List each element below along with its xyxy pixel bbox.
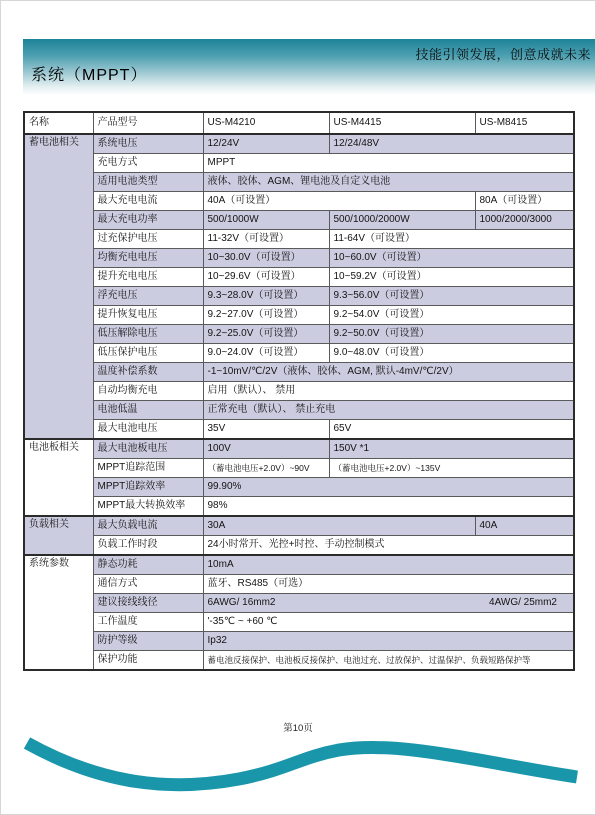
group-cell: 系统参数 [24, 555, 93, 670]
spec-row: 均衡充电电压10~30.0V（可设置）10~60.0V（可设置） [24, 249, 574, 268]
row-label-cell: 温度补偿系数 [93, 363, 203, 382]
row-label-cell: 最大电池电压 [93, 420, 203, 440]
value-cell: 9.0~48.0V（可设置） [329, 344, 574, 363]
spec-row: MPPT最大转换效率98% [24, 497, 574, 517]
value-cell: 1000/2000/3000 [475, 211, 574, 230]
spec-row: 提升恢复电压9.2~27.0V（可设置）9.2~54.0V（可设置） [24, 306, 574, 325]
header-cell: US-M4210 [203, 112, 329, 134]
spec-row: 低压保护电压9.0~24.0V（可设置）9.0~48.0V（可设置） [24, 344, 574, 363]
row-label-cell: 负载工作时段 [93, 536, 203, 556]
row-label-cell: 最大电池板电压 [93, 439, 203, 459]
spec-row: 防护等级Ip32 [24, 632, 574, 651]
value-cell: 10mA [203, 555, 574, 575]
spec-row: 最大电池电压35V65V [24, 420, 574, 440]
header-cell: US-M8415 [475, 112, 574, 134]
wave-graphic [1, 726, 596, 815]
row-label-cell: 保护功能 [93, 651, 203, 671]
wave-stroke [27, 743, 577, 785]
spec-row: 电池板相关最大电池板电压100V150V *1 [24, 439, 574, 459]
value-cell: 40A（可设置） [203, 192, 475, 211]
row-label-cell: 静态功耗 [93, 555, 203, 575]
spec-row: MPPT追踪范围（蓄电池电压+2.0V）~90V（蓄电池电压+2.0V）~135… [24, 459, 574, 478]
spec-row: 工作温度'-35℃ ~ +60 ℃ [24, 613, 574, 632]
spec-row: 负载工作时段24小时常开、光控+时控、手动控制模式 [24, 536, 574, 556]
value-cell: '-35℃ ~ +60 ℃ [203, 613, 574, 632]
value-cell: 24小时常开、光控+时控、手动控制模式 [203, 536, 574, 556]
value-text-right: 4AWG/ 25mm2 [489, 598, 557, 609]
value-cell: 9.2~50.0V（可设置） [329, 325, 574, 344]
value-cell: 启用（默认）、 禁用 [203, 382, 574, 401]
group-cell: 蓄电池相关 [24, 134, 93, 439]
value-cell: 10~30.0V（可设置） [203, 249, 329, 268]
spec-row: 温度补偿系数-1~10mV/℃/2V（液体、胶体、AGM, 默认-4mV/℃/2… [24, 363, 574, 382]
spec-row: 适用电池类型液体、胶体、AGM、锂电池及自定义电池 [24, 173, 574, 192]
spec-row: 浮充电压9.3~28.0V（可设置）9.3~56.0V（可设置） [24, 287, 574, 306]
row-label-cell: 建议接线线径 [93, 594, 203, 613]
value-cell: 11-32V（可设置） [203, 230, 329, 249]
header-cell: 名称 [24, 112, 93, 134]
row-label-cell: 提升恢复电压 [93, 306, 203, 325]
row-label-cell: 过充保护电压 [93, 230, 203, 249]
row-label-cell: 通信方式 [93, 575, 203, 594]
row-label-cell: 均衡充电电压 [93, 249, 203, 268]
row-label-cell: 系统电压 [93, 134, 203, 154]
value-cell: 80A（可设置） [475, 192, 574, 211]
group-cell: 负载相关 [24, 516, 93, 555]
spec-row: 低压解除电压9.2~25.0V（可设置）9.2~50.0V（可设置） [24, 325, 574, 344]
value-cell: -1~10mV/℃/2V（液体、胶体、AGM, 默认-4mV/℃/2V） [203, 363, 574, 382]
header-cell: 产品型号 [93, 112, 203, 134]
row-label-cell: 提升充电电压 [93, 268, 203, 287]
value-cell: 9.2~54.0V（可设置） [329, 306, 574, 325]
row-label-cell: MPPT最大转换效率 [93, 497, 203, 517]
value-cell: 6AWG/ 16mm24AWG/ 25mm2 [203, 594, 574, 613]
value-cell: 9.2~27.0V（可设置） [203, 306, 329, 325]
spec-row: 保护功能蓄电池反接保护、电池板反接保护、电池过充、过放保护、过温保护、负载短路保… [24, 651, 574, 671]
spec-row: 系统参数静态功耗10mA [24, 555, 574, 575]
row-label-cell: 最大充电功率 [93, 211, 203, 230]
header-band: 技能引领发展，创意成就未来 系统（MPPT） [23, 39, 596, 95]
row-label-cell: MPPT追踪效率 [93, 478, 203, 497]
spec-row: 负载相关最大负载电流30A40A [24, 516, 574, 536]
row-label-cell: 低压保护电压 [93, 344, 203, 363]
row-label-cell: 工作温度 [93, 613, 203, 632]
spec-row: 蓄电池相关系统电压12/24V12/24/48V [24, 134, 574, 154]
value-cell: 10~60.0V（可设置） [329, 249, 574, 268]
row-label-cell: 充电方式 [93, 154, 203, 173]
value-cell: 99.90% [203, 478, 574, 497]
header-slogan: 技能引领发展，创意成就未来 [415, 44, 591, 63]
value-cell: 12/24V [203, 134, 329, 154]
value-cell: 9.3~56.0V（可设置） [329, 287, 574, 306]
value-cell: 100V [203, 439, 329, 459]
row-label-cell: 低压解除电压 [93, 325, 203, 344]
page: 技能引领发展，创意成就未来 系统（MPPT） 名称产品型号US-M4210US-… [0, 0, 596, 815]
value-cell: 9.0~24.0V（可设置） [203, 344, 329, 363]
value-cell: 12/24/48V [329, 134, 574, 154]
table-header-row: 名称产品型号US-M4210US-M4415US-M8415 [24, 112, 574, 134]
value-cell: 10~29.6V（可设置） [203, 268, 329, 287]
row-label-cell: 最大负载电流 [93, 516, 203, 536]
value-text: 6AWG/ 16mm2 [208, 598, 276, 609]
spec-row: 最大充电电流40A（可设置）80A（可设置） [24, 192, 574, 211]
value-cell: （蓄电池电压+2.0V）~135V [329, 459, 574, 478]
row-label-cell: 最大充电电流 [93, 192, 203, 211]
row-label-cell: 适用电池类型 [93, 173, 203, 192]
row-label-cell: 电池低温 [93, 401, 203, 420]
value-cell: 10~59.2V（可设置） [329, 268, 574, 287]
header-cell: US-M4415 [329, 112, 475, 134]
value-cell: 蓄电池反接保护、电池板反接保护、电池过充、过放保护、过温保护、负载短路保护等 [203, 651, 574, 671]
value-cell: （蓄电池电压+2.0V）~90V [203, 459, 329, 478]
spec-row: 建议接线线径6AWG/ 16mm24AWG/ 25mm2 [24, 594, 574, 613]
row-label-cell: 自动均衡充电 [93, 382, 203, 401]
value-cell: 500/1000W [203, 211, 329, 230]
page-title: 系统（MPPT） [31, 62, 147, 85]
spec-row: 过充保护电压11-32V（可设置）11-64V（可设置） [24, 230, 574, 249]
value-cell: 9.3~28.0V（可设置） [203, 287, 329, 306]
row-label-cell: MPPT追踪范围 [93, 459, 203, 478]
spec-row: 提升充电电压10~29.6V（可设置）10~59.2V（可设置） [24, 268, 574, 287]
group-cell: 电池板相关 [24, 439, 93, 516]
spec-row: 最大充电功率500/1000W500/1000/2000W1000/2000/3… [24, 211, 574, 230]
value-cell: 30A [203, 516, 475, 536]
value-cell: 40A [475, 516, 574, 536]
value-cell: 11-64V（可设置） [329, 230, 574, 249]
value-cell: 35V [203, 420, 329, 440]
spec-row: 电池低温正常充电（默认）、 禁止充电 [24, 401, 574, 420]
value-cell: 98% [203, 497, 574, 517]
value-cell: 正常充电（默认）、 禁止充电 [203, 401, 574, 420]
value-cell: 500/1000/2000W [329, 211, 475, 230]
spec-row: 通信方式蓝牙、RS485（可选） [24, 575, 574, 594]
value-cell: 蓝牙、RS485（可选） [203, 575, 574, 594]
spec-row: 自动均衡充电启用（默认）、 禁用 [24, 382, 574, 401]
value-cell: Ip32 [203, 632, 574, 651]
value-cell: 150V *1 [329, 439, 574, 459]
row-label-cell: 浮充电压 [93, 287, 203, 306]
row-label-cell: 防护等级 [93, 632, 203, 651]
spec-table: 名称产品型号US-M4210US-M4415US-M8415蓄电池相关系统电压1… [23, 111, 575, 671]
spec-row: 充电方式MPPT [24, 154, 574, 173]
value-cell: 液体、胶体、AGM、锂电池及自定义电池 [203, 173, 574, 192]
value-cell: 65V [329, 420, 574, 440]
spec-row: MPPT追踪效率99.90% [24, 478, 574, 497]
value-cell: 9.2~25.0V（可设置） [203, 325, 329, 344]
value-cell: MPPT [203, 154, 574, 173]
